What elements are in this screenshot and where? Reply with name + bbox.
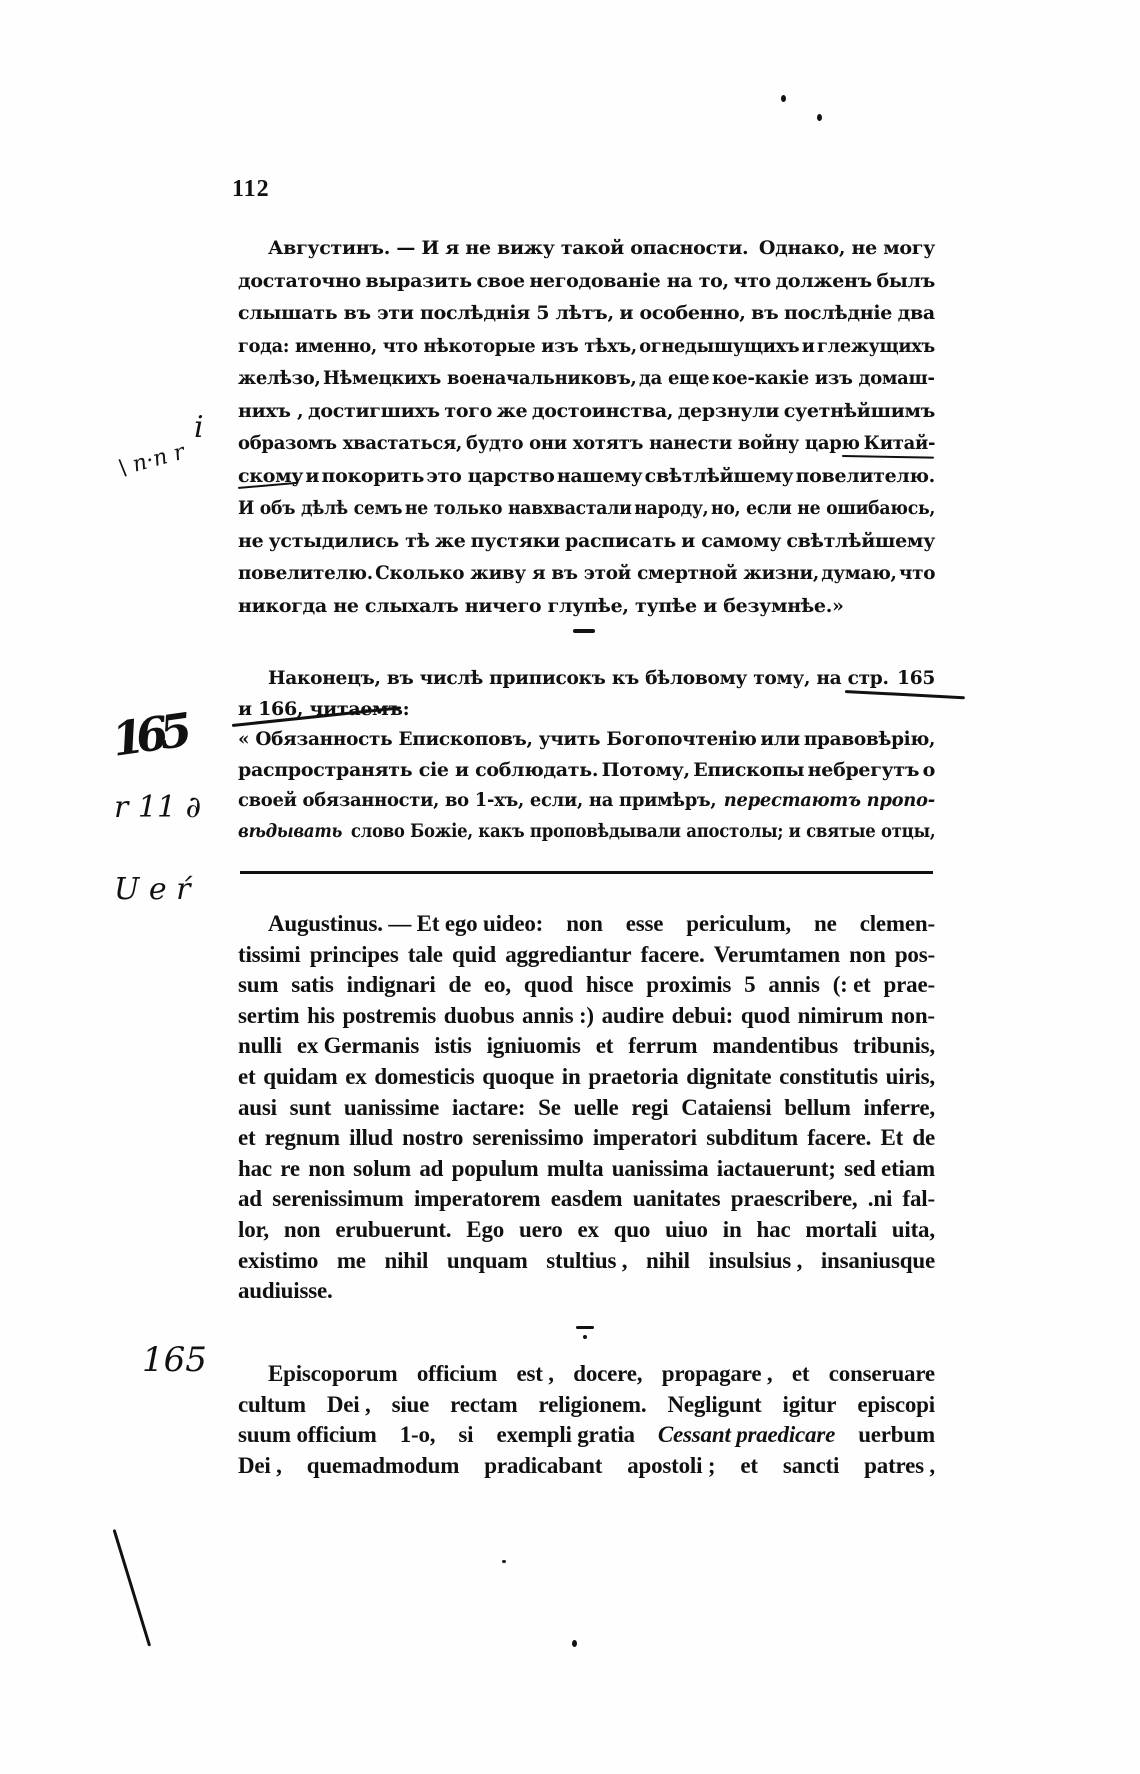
ink-speck [583, 1335, 587, 1339]
text-segment: easdem [551, 1186, 623, 1212]
text-segment: domesticis [374, 1064, 474, 1090]
text-segment: повелителю. [238, 562, 373, 584]
text-segment: esse [626, 911, 664, 937]
text-segment: hac [238, 1156, 272, 1182]
text-segment: et [238, 1125, 255, 1151]
text-segment: erubuerunt. [335, 1217, 451, 1243]
text-line: nulliex Germanisistisigniuomisetferrumma… [238, 1033, 935, 1059]
text-segment: subditum [706, 1125, 798, 1151]
text-segment: не [238, 530, 263, 552]
text-segment: не только навхвастали [405, 497, 632, 519]
text-segment: existimo [238, 1248, 318, 1274]
text-segment: своей обязанности, во 1-хъ, если, на при… [238, 789, 716, 811]
text-segment: si [458, 1422, 473, 1448]
text-segment: quo [614, 1217, 650, 1243]
text-segment: patres , [864, 1453, 935, 1479]
text-segment: et [740, 1453, 757, 1479]
text-line: Episcoporumofficiumest ,docere,propagare… [268, 1361, 935, 1387]
text-line: года: именно, что нѣкоторые изъ тѣхъ,огн… [238, 335, 935, 357]
text-segment: de [912, 1125, 935, 1151]
text-segment: populum [452, 1156, 539, 1182]
text-segment: nulli [238, 1033, 282, 1059]
text-segment: образомъ хвастаться, [238, 432, 462, 454]
text-line: ausisuntuanissimeiactare:SeuelleregiCata… [238, 1095, 935, 1121]
text-segment: imperatori [593, 1125, 697, 1151]
text-segment: non [308, 1156, 344, 1182]
text-segment: tribunis, [853, 1033, 935, 1059]
text-line: Наконецъ, въ числѣ приписокъ къ бѣловому… [268, 667, 935, 689]
text-segment: дерзнули [678, 400, 779, 422]
text-segment: повелителю. [796, 465, 935, 487]
text-segment: огнедышущихъ [639, 335, 799, 357]
margin-note: 165 [109, 703, 188, 766]
text-segment: clemen- [860, 911, 935, 937]
text-segment: debui: [672, 1003, 733, 1029]
text-segment: et [792, 1361, 809, 1387]
text-segment: глежущихъ [817, 335, 935, 357]
text-segment: nihil [384, 1248, 428, 1274]
text-segment: распространять сіе и соблюдать. [238, 759, 598, 781]
text-segment: но, если не ошибаюсь, [711, 497, 935, 519]
margin-note: \ n·n r [116, 440, 187, 482]
text-line: слышать въ эти послѣднія 5 лѣтъ,и особен… [238, 302, 935, 324]
text-segment: слово Божіе, какъ проповѣдывали апостолы… [351, 820, 936, 842]
text-segment: exempli gratia [496, 1422, 634, 1448]
text-line: suum officium1-o,siexempli gratiaCessant… [238, 1422, 935, 1448]
text-segment: Наконецъ, въ числѣ приписокъ къ бѣловому… [268, 667, 889, 689]
text-segment: расписать [565, 530, 676, 552]
text-segment: да еще [639, 367, 709, 389]
text-segment: устыдились тѣ [269, 530, 430, 552]
text-segment: quidam [263, 1064, 337, 1090]
text-segment: uanissime [344, 1095, 439, 1121]
text-segment: и [305, 465, 319, 487]
text-line: Dei ,quemadmodumpradicabantapostoli ;ets… [238, 1453, 935, 1479]
text-segment: et [596, 1033, 613, 1059]
page-number: 112 [232, 176, 270, 203]
text-segment: docere, [573, 1361, 642, 1387]
text-segment: Episcoporum [268, 1361, 397, 1387]
text-segment: tale [408, 942, 443, 968]
text-segment: suum officium [238, 1422, 377, 1448]
text-segment: былъ [877, 270, 936, 292]
text-segment: небрегутъ [808, 759, 920, 781]
text-segment: quoque [482, 1064, 554, 1090]
text-segment: Et [880, 1125, 903, 1151]
ink-speck [572, 1640, 577, 1647]
text-segment: regnum [265, 1125, 340, 1151]
text-segment: sed etiam [844, 1156, 935, 1182]
text-segment: aggrediantur [505, 942, 631, 968]
text-segment: proximis [646, 972, 731, 998]
text-segment: cultum [238, 1392, 306, 1418]
section-dash [576, 1326, 594, 1329]
text-segment: mortali [805, 1217, 876, 1243]
text-segment: duobus [444, 1003, 514, 1029]
text-segment: inferre, [864, 1095, 935, 1121]
text-segment: свѣтлѣйшему [786, 530, 935, 552]
text-segment: того [444, 400, 492, 422]
text-line: неустыдились тѣжепустякирасписатьи самом… [238, 530, 935, 552]
text-segment: « Обязанность Епископовъ, учить Богопочт… [238, 728, 756, 750]
text-segment: 165 [897, 667, 935, 689]
text-segment: Епископы [693, 759, 804, 781]
text-segment: his [307, 1003, 335, 1029]
text-segment: et [238, 1064, 255, 1090]
text-segment: Se [538, 1095, 561, 1121]
text-segment: quod [741, 1003, 790, 1029]
text-segment: ad [419, 1156, 443, 1182]
text-segment: uiris, [886, 1064, 935, 1090]
text-segment: me [337, 1248, 366, 1274]
text-segment: uanissima [612, 1156, 709, 1182]
text-line: своей обязанности, во 1-хъ, если, на при… [238, 789, 935, 811]
margin-note: 165 [142, 1340, 207, 1380]
text-segment: uiuo [665, 1217, 708, 1243]
text-segment: Сколько живу я въ этой смертной жизни, [375, 562, 819, 584]
text-segment: illud [349, 1125, 393, 1151]
text-segment: негодованіе на то, [529, 270, 728, 292]
text-line: audiuisse. [238, 1278, 935, 1304]
text-segment: же [497, 400, 528, 422]
text-segment: Cataiensi [681, 1095, 771, 1121]
text-line: « Обязанность Епископовъ, учить Богопочт… [238, 728, 935, 750]
text-segment: sunt [290, 1095, 331, 1121]
text-segment: unquam [447, 1248, 528, 1274]
text-line: etquidamexdomesticisquoqueinpraetoriadig… [238, 1064, 935, 1090]
text-segment: или [760, 728, 800, 750]
handwritten-stroke [113, 1529, 152, 1647]
text-segment: regi [631, 1095, 668, 1121]
text-segment: indignari [347, 972, 436, 998]
text-segment: И объ дѣлѣ семъ [238, 497, 402, 519]
text-line: нихъ ,достигшихътогожедостоинства,дерзну… [238, 400, 935, 422]
text-segment: sancti [783, 1453, 839, 1479]
text-segment: conseruare [829, 1361, 935, 1387]
text-segment: praescribere, [731, 1186, 858, 1212]
text-segment: propagare , [662, 1361, 773, 1387]
text-segment: non [284, 1217, 320, 1243]
text-line: cultumDei ,siuerectamreligionem.Negligun… [238, 1392, 935, 1418]
text-segment: de [449, 972, 472, 998]
text-segment: officium [417, 1361, 497, 1387]
text-segment: uerbum [858, 1422, 935, 1448]
page-rule [240, 871, 933, 874]
text-line: повелителю.Сколько живу я въ этой смертн… [238, 562, 935, 584]
text-segment: Августинъ. — И я не вижу такой опасности… [268, 237, 748, 259]
text-segment: ferrum [628, 1033, 697, 1059]
text-line: existimomenihilunquamstultius ,nihilinsu… [238, 1248, 935, 1274]
text-line: и 166, читаемъ: [238, 698, 935, 720]
text-segment: satis [291, 972, 333, 998]
text-segment: eo, [484, 972, 511, 998]
ink-speck [817, 114, 822, 121]
text-segment: же [435, 530, 466, 552]
text-segment: будто они хотятъ нанести войну царю [466, 432, 860, 454]
text-segment: stultius , [546, 1248, 627, 1274]
text-segment: re [280, 1156, 300, 1182]
section-dash [573, 629, 595, 633]
text-segment: .ni [868, 1186, 892, 1212]
text-segment: правовѣрію, [804, 728, 935, 750]
text-segment: Нѣмецкихъ военачальниковъ, [323, 367, 636, 389]
text-segment: Augustinus. — Et ego uideo: [268, 911, 543, 937]
text-segment: пустяки [471, 530, 560, 552]
text-segment: principes [310, 942, 399, 968]
handwritten-underline [842, 455, 934, 459]
text-line: lor,nonerubuerunt.Egoueroexquouiuoinhacm… [238, 1217, 935, 1243]
text-segment: sum [238, 972, 278, 998]
text-segment: uero [519, 1217, 563, 1243]
text-segment: hac [757, 1217, 791, 1243]
text-segment: fal- [903, 1186, 935, 1212]
text-segment: Dei , [238, 1453, 282, 1479]
text-segment: достигшихъ [308, 400, 440, 422]
text-segment: Потому, [602, 759, 690, 781]
text-segment: dignitate [686, 1064, 771, 1090]
text-line: достаточновыразитьсвоенегодованіе на то,… [238, 270, 935, 292]
text-segment: 1-o, [400, 1422, 436, 1448]
text-segment: bellum [784, 1095, 851, 1121]
text-segment: quod [524, 972, 573, 998]
text-segment: apostoli ; [627, 1453, 715, 1479]
text-line: образомъ хвастаться,будто они хотятъ нан… [238, 432, 935, 454]
text-segment: uita, [892, 1217, 935, 1243]
text-segment: въ [751, 302, 778, 324]
text-segment: это царство [426, 465, 554, 487]
text-segment: свое [476, 270, 524, 292]
text-line: никогда не слыхалъ ничего глупѣе, тупѣе … [238, 595, 935, 617]
text-segment: tissimi [238, 942, 301, 968]
text-segment: Однако, не могу [759, 237, 935, 259]
text-segment: ex [345, 1064, 366, 1090]
text-segment: nihil [646, 1248, 690, 1274]
text-segment: in [723, 1217, 742, 1243]
text-segment: est , [516, 1361, 553, 1387]
text-segment: religionem. [539, 1392, 647, 1418]
text-segment: rectam [450, 1392, 517, 1418]
text-segment: нашему [557, 465, 643, 487]
text-segment: народу, [634, 497, 708, 519]
text-segment: facere. [641, 942, 705, 968]
text-segment: что [733, 270, 770, 292]
text-segment: желѣзо, [238, 367, 320, 389]
text-segment: ex [577, 1217, 598, 1243]
text-segment: solum [353, 1156, 411, 1182]
text-segment: postremis [342, 1003, 436, 1029]
text-segment: pradicabant [484, 1453, 602, 1479]
text-line: adserenissimumimperatoremeasdemuanitates… [238, 1186, 935, 1212]
text-segment: non [566, 911, 602, 937]
text-line: скомуипокоритьэто царствонашемусвѣтлѣйше… [238, 465, 935, 487]
text-segment: думаю, [821, 562, 896, 584]
text-segment: послѣдніе [784, 302, 892, 324]
text-line: sumsatisindignarideeo,quodhisceproximis5… [238, 972, 935, 998]
text-segment: ausi [238, 1095, 277, 1121]
text-segment: достаточно [238, 270, 361, 292]
text-segment: sertim [238, 1003, 299, 1029]
text-segment: и особенно, [619, 302, 745, 324]
text-segment: igitur [783, 1392, 837, 1418]
text-segment: multa [547, 1156, 604, 1182]
text-segment: lor, [238, 1217, 269, 1243]
text-segment: покорить [321, 465, 424, 487]
text-segment: кое-какіе изъ домаш- [712, 367, 935, 389]
text-line: etregnumilludnostroserenissimoimperatori… [238, 1125, 935, 1151]
text-segment: imperatorem [414, 1186, 540, 1212]
text-segment: quemadmodum [307, 1453, 459, 1479]
text-segment: суетнѣйшимъ [784, 400, 935, 422]
text-line: Augustinus. — Et ego uideo:nonessepericu… [268, 911, 935, 937]
text-segment: non- [891, 1003, 935, 1029]
text-segment: и самому [681, 530, 781, 552]
text-segment: siue [392, 1392, 430, 1418]
text-segment: (: et [833, 972, 871, 998]
ink-speck [781, 95, 786, 102]
text-segment: Cessant praedicare [658, 1422, 835, 1448]
text-segment: два [898, 302, 935, 324]
ink-speck [502, 1560, 506, 1563]
text-segment: constitutis [779, 1064, 878, 1090]
text-segment: выразить [366, 270, 472, 292]
text-segment: insulsius , [708, 1248, 802, 1274]
text-segment: Ego [466, 1217, 504, 1243]
text-segment: слышать въ эти послѣднія 5 лѣтъ, [238, 302, 614, 324]
text-line: И объ дѣлѣ семъне только навхвасталинаро… [238, 497, 935, 519]
text-segment: ne [814, 911, 837, 937]
margin-note: U e ŕ [114, 872, 190, 907]
text-segment: annis :) [522, 1003, 594, 1029]
text-segment: nimirum [798, 1003, 884, 1029]
text-segment: serenissimum [272, 1186, 403, 1212]
text-line: желѣзо,Нѣмецкихъ военачальниковъ,да ещек… [238, 367, 935, 389]
text-line: вѣдыватьслово Божіе, какъ проповѣдывали … [238, 820, 843, 842]
text-segment: uelle [574, 1095, 619, 1121]
text-segment: periculum, [686, 911, 791, 937]
text-segment: praetoria [588, 1064, 678, 1090]
text-line: tissimiprincipestalequidaggredianturface… [238, 942, 935, 968]
text-segment: in [562, 1064, 581, 1090]
text-segment: нихъ , [238, 400, 303, 422]
text-segment: вѣдывать [238, 820, 342, 842]
margin-note: r 11 ∂ [114, 790, 201, 825]
text-line: распространять сіе и соблюдать.Потому,Еп… [238, 759, 935, 781]
text-segment: hisce [586, 972, 634, 998]
text-segment: iactare: [452, 1095, 525, 1121]
text-segment: annis [768, 972, 819, 998]
text-segment: 5 [744, 972, 755, 998]
text-segment: свѣтлѣйшему [645, 465, 794, 487]
text-line: Августинъ. — И я не вижу такой опасности… [268, 237, 935, 259]
text-segment: ex Germanis [297, 1033, 419, 1059]
text-segment: Китай- [864, 432, 936, 454]
text-segment: Negligunt [667, 1392, 761, 1418]
text-segment: о [923, 759, 935, 781]
text-segment: audire [602, 1003, 664, 1029]
text-segment: non [849, 942, 885, 968]
text-segment: iactauerunt; [717, 1156, 836, 1182]
text-segment: Dei , [327, 1392, 371, 1418]
text-segment: Verumtamen [714, 942, 840, 968]
text-segment: istis [434, 1033, 471, 1059]
text-line: sertimhispostremisduobusannis :)audirede… [238, 1003, 935, 1029]
scanned-book-page: 112 Августинъ. — И я не вижу такой опасн… [0, 0, 1140, 1774]
text-segment: достоинства, [532, 400, 673, 422]
text-segment: insaniusque [821, 1248, 935, 1274]
text-segment: serenissimo [472, 1125, 583, 1151]
text-segment: audiuisse. [238, 1278, 333, 1304]
text-segment: quid [452, 942, 496, 968]
text-segment: episcopi [857, 1392, 935, 1418]
text-segment: mandentibus [712, 1033, 838, 1059]
text-segment: prae- [884, 972, 935, 998]
text-segment: и [802, 335, 815, 357]
text-segment: перестаютъ пропо- [724, 789, 935, 811]
text-segment: что [899, 562, 935, 584]
text-segment: facere. [807, 1125, 871, 1151]
text-segment: pos- [895, 942, 935, 968]
text-segment: года: именно, что нѣкоторые изъ тѣхъ, [238, 335, 637, 357]
text-segment: долженъ [776, 270, 872, 292]
text-segment: никогда не слыхалъ ничего глупѣе, тупѣе … [238, 595, 844, 617]
margin-note: і [194, 410, 204, 445]
text-segment: nostro [402, 1125, 463, 1151]
text-segment: igniuomis [487, 1033, 581, 1059]
text-segment: ad [238, 1186, 262, 1212]
text-segment: uanitates [633, 1186, 721, 1212]
text-line: hacrenonsolumadpopulummultauanissimaiact… [238, 1156, 935, 1182]
